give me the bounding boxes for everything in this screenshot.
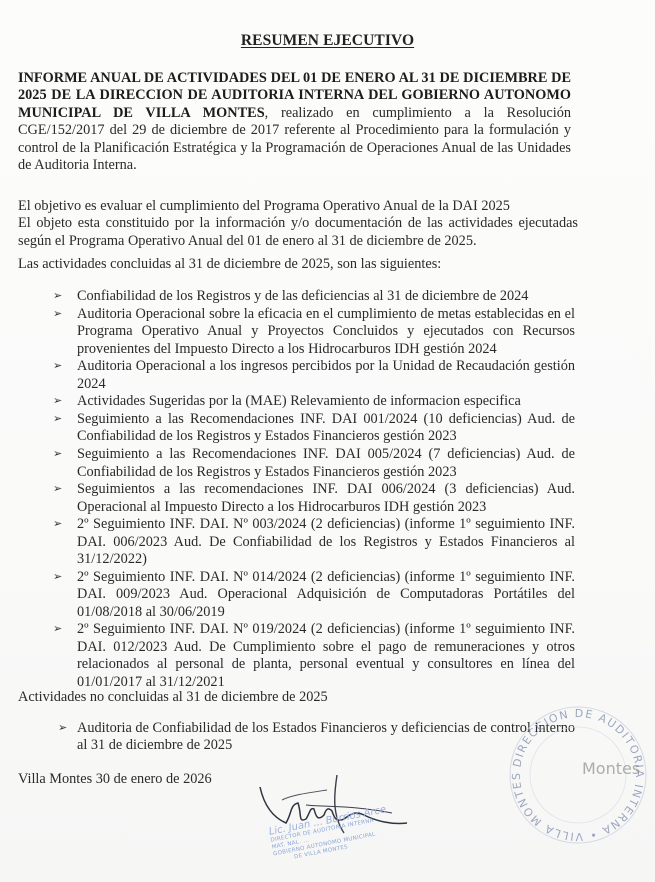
arrow-bullet-icon: ➢ [58, 720, 67, 737]
list-item: ➢Seguimiento a las Recomendaciones INF. … [50, 411, 575, 446]
seal-center-text: Montes [582, 760, 640, 777]
place-and-date: Villa Montes 30 de enero de 2026 [18, 771, 212, 788]
arrow-bullet-icon: ➢ [53, 288, 62, 305]
list-item: ➢Seguimientos a las recomendaciones INF.… [50, 481, 575, 516]
objective-section: El objetivo es evaluar el cumplimiento d… [18, 198, 578, 250]
list-item-text: Auditoria de Confiabilidad de los Estado… [77, 720, 575, 753]
concluded-activities-list: ➢Confiabilidad de los Registros y de las… [50, 288, 575, 691]
arrow-bullet-icon: ➢ [53, 621, 62, 638]
list-item: ➢2º Seguimiento INF. DAI. Nº 019/2024 (2… [50, 621, 575, 691]
objective-text: El objetivo es evaluar el cumplimiento d… [18, 198, 578, 215]
arrow-bullet-icon: ➢ [53, 393, 62, 410]
list-item: ➢Confiabilidad de los Registros y de las… [50, 288, 575, 305]
arrow-bullet-icon: ➢ [53, 411, 62, 428]
list-item-text: Seguimiento a las Recomendaciones INF. D… [77, 411, 575, 444]
pending-activities-heading: Actividades no concluidas al 31 de dicie… [18, 689, 578, 706]
page-title: RESUMEN EJECUTIVO [0, 32, 655, 49]
list-item-text: Confiabilidad de los Registros y de las … [77, 288, 528, 304]
arrow-bullet-icon: ➢ [53, 481, 62, 498]
arrow-bullet-icon: ➢ [53, 306, 62, 323]
list-item-text: 2º Seguimiento INF. DAI. Nº 019/2024 (2 … [77, 621, 575, 689]
concluded-activities-heading: Las actividades concluidas al 31 de dici… [18, 256, 578, 273]
arrow-bullet-icon: ➢ [53, 569, 62, 586]
arrow-bullet-icon: ➢ [53, 358, 62, 375]
pending-activities-list: ➢Auditoria de Confiabilidad de los Estad… [55, 720, 575, 755]
list-item-text: 2º Seguimiento INF. DAI. Nº 003/2024 (2 … [77, 516, 575, 567]
intro-paragraph: INFORME ANUAL DE ACTIVIDADES DEL 01 DE E… [18, 70, 571, 174]
document-page: RESUMEN EJECUTIVO INFORME ANUAL DE ACTIV… [0, 0, 655, 882]
list-item-text: Actividades Sugeridas por la (MAE) Relev… [77, 393, 521, 409]
list-item: ➢2º Seguimiento INF. DAI. Nº 003/2024 (2… [50, 516, 575, 568]
arrow-bullet-icon: ➢ [53, 446, 62, 463]
pending-heading-text: Actividades no concluidas al 31 de dicie… [18, 689, 328, 705]
list-item: ➢Auditoria Operacional a los ingresos pe… [50, 358, 575, 393]
list-item: ➢Actividades Sugeridas por la (MAE) Rele… [50, 393, 575, 410]
list-item-text: Seguimiento a las Recomendaciones INF. D… [77, 446, 575, 479]
object-text: El objeto esta constituido por la inform… [18, 215, 578, 250]
list-item: ➢Auditoria Operacional sobre la eficacia… [50, 306, 575, 358]
signature-block: Lic. Juan ... Burrios Arce Director de A… [252, 775, 422, 875]
list-item: ➢Seguimiento a las Recomendaciones INF. … [50, 446, 575, 481]
list-item-text: Seguimientos a las recomendaciones INF. … [77, 481, 575, 514]
list-item-text: 2º Seguimiento INF. DAI. Nº 014/2024 (2 … [77, 569, 575, 620]
list-item-text: Auditoria Operacional a los ingresos per… [77, 358, 575, 391]
arrow-bullet-icon: ➢ [53, 516, 62, 533]
list-item: ➢Auditoria de Confiabilidad de los Estad… [55, 720, 575, 755]
list-item: ➢2º Seguimiento INF. DAI. Nº 014/2024 (2… [50, 569, 575, 621]
list-item-text: Auditoria Operacional sobre la eficacia … [77, 306, 575, 357]
